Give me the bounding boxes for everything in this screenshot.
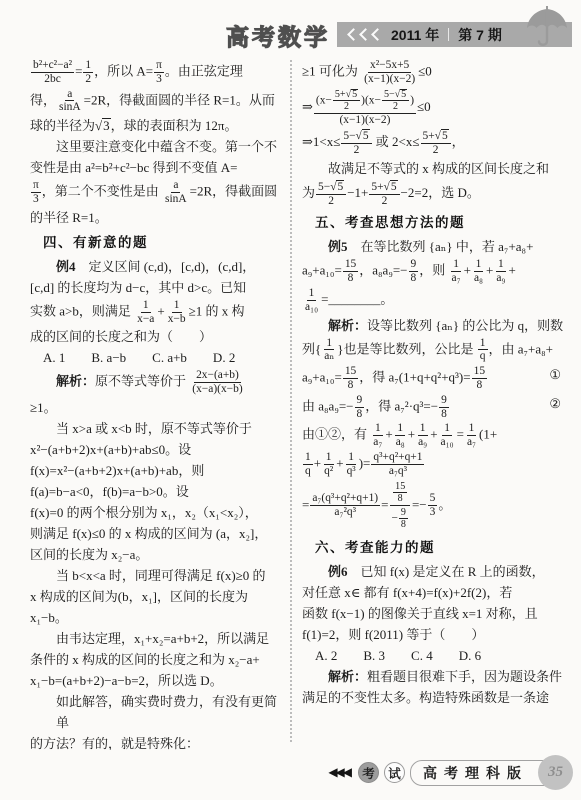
text-line: =a₇(q³+q²+q+1)a₇²q³=158−98=−53。: [302, 479, 569, 533]
text-line: π3，第二个不变性是由 asinA=2R，得截面圆: [30, 178, 287, 207]
text-line: 1a₁₀=________。: [302, 286, 569, 315]
text-line: [c,d] 的长度均为 d−c，其中 d>c。已知: [30, 277, 287, 298]
text-line: 成的区间的长度之和为（ ）: [30, 326, 287, 347]
text-line: 解析：设等比数列 {aₙ} 的公比为 q，则数: [302, 315, 569, 336]
text-line: 这里要注意变化中蕴含不变。第一个不: [30, 136, 287, 157]
right-column: ≥1 可化为 x²−5x+5(x−1)(x−2)≤0⇒(x−5+√52)(x−5…: [297, 58, 569, 750]
issue-year: 2011 年: [391, 25, 439, 45]
text-line: 满足的不变性太多。构造特殊函数是一条途: [302, 687, 569, 708]
page-body: b²+c²−a²2bc=12，所以 A=π3。由正弦定理得，asinA=2R，得…: [0, 58, 581, 750]
text-line: 例6 已知 f(x) 是定义在 R 上的函数，: [302, 561, 569, 582]
page-number: 35: [538, 755, 573, 790]
column-divider: [290, 60, 292, 742]
text-line: ≥1 可化为 x²−5x+5(x−1)(x−2)≤0: [302, 58, 569, 87]
text-line: 对任意 x∈ 都有 f(x+4)=f(x)+2f(2)，若: [302, 582, 569, 603]
text-line: x²−(a+b+2)x+(a+b)+ab≤0。设: [30, 439, 287, 460]
text-line: a₉+a₁₀=158，得 a₇(1+q+q²+q³)=158①: [302, 364, 569, 393]
text-line: f(x)=x²−(a+b+2)x+(a+b)+ab，则: [30, 460, 287, 481]
text-line: 解析：原不等式等价于 2x−(a+b)(x−a)(x−b): [30, 368, 287, 397]
left-column: b²+c²−a²2bc=12，所以 A=π3。由正弦定理得，asinA=2R，得…: [30, 58, 287, 750]
text-line: 由 a₈a₉=−98，得 a₇²·q³=−98②: [302, 393, 569, 422]
text-line: a₉+a₁₀=158，a₈a₉=−98，则 1a₇+1a₈+1a₉+: [302, 257, 569, 286]
section-heading: 六、考查能力的题: [302, 537, 569, 558]
section-heading: 五、考查思想方法的题: [302, 212, 569, 233]
text-line: x 构成的区间为(b，x₁]，区间的长度为 x₁−b。: [30, 586, 287, 628]
text-line: 例4 定义区间 (c,d)，[c,d)，(c,d]，: [30, 256, 287, 277]
text-line: 的方法？有的，就是特殊化：: [30, 733, 287, 750]
journal-title: 高考数学: [226, 19, 330, 52]
text-line: 当 b<x<a 时，同理可得满足 f(x)≥0 的: [30, 565, 287, 586]
triple-chevron-left-icon: [349, 30, 382, 39]
text-line: 当 x>a 或 x<b 时，原不等式等价于: [30, 418, 287, 439]
text-line: 列{1aₙ}也是等比数列，公比是 1q，由 a₇+a₈+: [302, 336, 569, 365]
section-heading: 四、有新意的题: [30, 232, 287, 253]
text-line: b²+c²−a²2bc=12，所以 A=π3。由正弦定理: [30, 58, 287, 87]
issue-separator: [448, 28, 449, 41]
text-line: 的半径 R=1。: [30, 207, 287, 228]
footer-circle-kao: 考: [358, 762, 379, 783]
page-footer: ◀◀◀ 考 试 高考理科版 35: [328, 755, 573, 790]
text-line: 球的半径为√3，球的表面积为 12π。: [30, 115, 287, 136]
text-line: ⇒1<x≤5−√52 或 2<x≤5+√52，: [302, 128, 569, 158]
text-line: x₁−b=(a+b+2)−a−b=2，所以选 D。: [30, 670, 287, 691]
text-line: 函数 f(x−1) 的图像关于直线 x=1 对称，且: [302, 603, 569, 624]
text-line: 由韦达定理，x₁+x₂=a+b+2，所以满足: [30, 628, 287, 649]
page-header: 高考数学 2011 年 第 7 期: [0, 12, 581, 56]
text-line: A. 1 B. a−b C. a+b D. 2: [30, 347, 287, 368]
umbrella-icon: [524, 6, 570, 57]
text-line: 条件的 x 构成的区间的长度之和为 x₂−a+: [30, 649, 287, 670]
text-line: f(x)=0 的两个根分别为 x₁，x₂（x₁<x₂），: [30, 502, 287, 523]
text-line: 如此解答，确实费时费力，有没有更简单: [30, 691, 287, 733]
text-line: f(a)=b−a<0，f(b)=a−b>0。设: [30, 481, 287, 502]
text-line: ≥1。: [30, 397, 287, 418]
text-line: 区间的长度为 x₂−a。: [30, 544, 287, 565]
text-line: f(1)=2，则 f(2011) 等于（ ）: [302, 624, 569, 645]
text-line: 例5 在等比数列 {aₙ} 中，若 a₇+a₈+: [302, 236, 569, 257]
text-line: ⇒(x−5+√52)(x−5−√52)(x−1)(x−2)≤0: [302, 87, 569, 129]
text-line: 实数 a>b，则满足 1x−a+1x−b≥1 的 x 构: [30, 298, 287, 327]
magazine-page: 高考数学 2011 年 第 7 期 b²+c²−a²2bc=12，所以 A=π3…: [0, 0, 581, 800]
text-line: 为5−√52−1+5+√52−2=2，选 D。: [302, 179, 569, 209]
text-line: 由①②，有 1a₇+1a₈+1a₉+1a₁₀=1a₇(1+: [302, 421, 569, 450]
text-line: 则满足 f(x)≤0 的 x 构成的区间为 (a，x₂]，: [30, 523, 287, 544]
header-banner: 2011 年 第 7 期: [337, 22, 572, 47]
text-line: 故满足不等式的 x 构成的区间长度之和: [302, 158, 569, 179]
issue-number: 第 7 期: [458, 25, 502, 45]
text-line: 解析：粗看题目很难下手，因为题设条件: [302, 666, 569, 687]
footer-edition: 高考理科版: [410, 760, 557, 786]
text-line: 变性是由 a²=b²+c²−bc 得到不变值 A=: [30, 157, 287, 178]
text-line: 得，asinA=2R，得截面圆的半径 R=1。从而: [30, 87, 287, 116]
footer-circle-shi: 试: [384, 762, 405, 783]
text-line: A. 2 B. 3 C. 4 D. 6: [302, 645, 569, 666]
footer-arrows-icon: ◀◀◀: [328, 765, 350, 780]
text-line: 1q+1q²+1q³)=q³+q²+q+1a₇q³: [302, 450, 569, 479]
